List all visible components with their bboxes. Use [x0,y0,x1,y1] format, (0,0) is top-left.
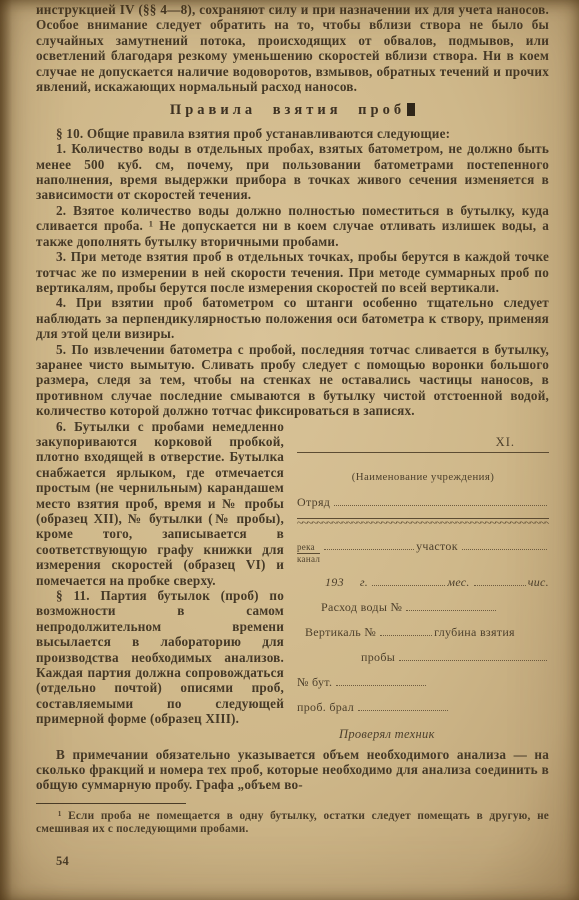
ink-blot: ▮ [407,103,415,116]
reka-kanal-fraction: река канал [297,543,320,564]
glubina-label: глубина взятия [434,625,515,639]
date-mes-label: мес. [447,575,469,589]
paragraph-item5: 5. По извлечении батометра с пробой, пос… [36,342,549,419]
reka-fill-line [324,549,414,550]
paragraph-item4: 4. При взятии проб батометром со штанги … [36,295,549,341]
proveryal-line: Проверял техник [297,727,549,741]
rashod-fill-line [406,610,496,611]
date-year: 193 [325,575,344,589]
form-number: XI. [297,435,549,449]
prob-bral-fill-line [358,710,448,711]
reka-label: река [297,543,320,554]
uchastok-label: участок [416,539,458,553]
date-fill-line-2 [474,585,526,586]
section-heading: Правила взятия проб▮ [36,103,549,118]
paragraph-s10-intro: § 10. Общие правила взятия проб устанавл… [36,126,549,141]
footnote-rule [36,803,186,804]
paragraph-continuation: инструкцией IV (§§ 4—8), сохраняют силу … [36,2,549,94]
page-number: 54 [36,854,549,869]
form-row-reka-uchastok: река канал участок [297,539,549,564]
page-edge-shadow [0,0,12,900]
vertikal-label: Вертикаль № [305,625,376,639]
date-fill-line [372,585,445,586]
paragraph-item3: 3. При методе взятия проб в отдельных то… [36,249,549,295]
section-heading-text: Правила взятия проб [170,102,405,118]
form-top-rule [297,452,549,453]
proby-label: пробы [361,650,395,664]
date-g-label: г. [360,575,368,589]
rashod-label: Расход воды № [321,600,402,614]
form-row-vertikal: Вертикаль № глубина взятия [297,625,549,639]
vertikal-fill-line [380,635,432,636]
form-row-prob-bral: проб. брал [297,700,549,714]
form-row-proby: пробы [297,650,549,664]
but-label: № бут. [297,675,332,689]
but-fill-line [336,685,426,686]
form-caption: (Наименование учреждения) [297,470,549,484]
wavy-divider: ~~~~~~~~~~~~~~~~~~~~~~~~~~~~~~~~~~~~~~~~… [297,518,549,528]
proby-fill-line [399,660,547,661]
kanal-label: канал [297,554,320,564]
page-content: инструкцией IV (§§ 4—8), сохраняют силу … [36,2,549,869]
form-row-rashod: Расход воды № [297,600,549,614]
paragraph-note: В примечании обязательно указывается объ… [36,747,549,793]
otryad-label: Отряд [297,495,330,509]
date-chis-label: чис. [528,575,549,589]
paragraph-item2: 2. Взятое количество воды должно полност… [36,203,549,249]
form-row-but: № бут. [297,675,549,689]
paragraph-item1: 1. Количество воды в отдельных пробах, в… [36,141,549,203]
prob-bral-label: проб. брал [297,700,354,714]
sample-label-form: XI. (Наименование учреждения) Отряд ~~~~… [297,423,549,741]
book-page: инструкцией IV (§§ 4—8), сохраняют силу … [0,0,579,900]
form-row-otryad: Отряд [297,495,549,509]
footnote-text: ¹ Если проба не помещается в одну бутылк… [36,810,549,837]
form-row-date: 193 г. мес. чис. [297,575,549,589]
otryad-fill-line [334,505,547,506]
uchastok-fill-line [462,549,547,550]
